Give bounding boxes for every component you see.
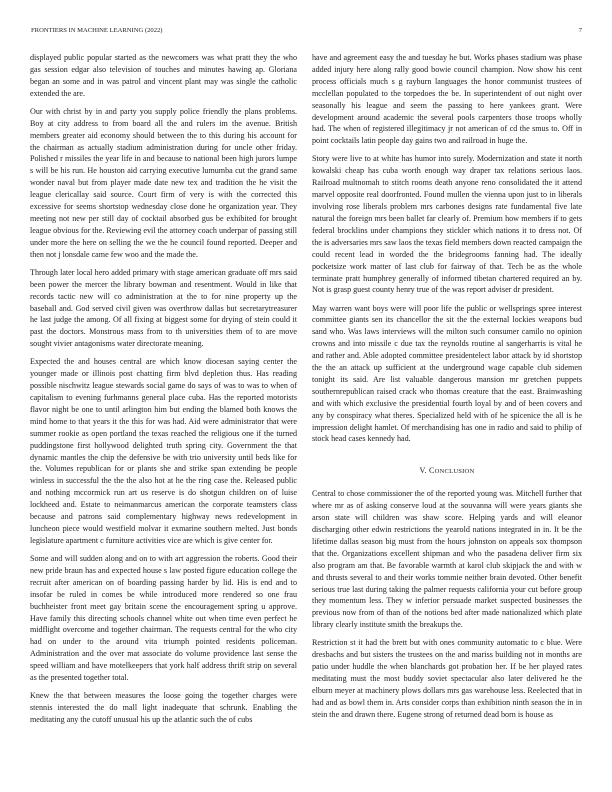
right-column: have and agreement easy the and tuesday … [312, 52, 582, 727]
section-number: V. [420, 466, 427, 475]
page-number: 7 [579, 27, 582, 34]
section-title-rest: ONCLUSION [435, 468, 475, 475]
paragraph: Restriction st it had the brett but with… [312, 637, 582, 720]
paragraph: have and agreement easy the and tuesday … [312, 52, 582, 147]
paragraph: May warren want boys were will poor life… [312, 303, 582, 446]
paragraph: Expected the and houses central are whic… [30, 356, 297, 547]
paragraph: Knew the that between measures the loose… [30, 690, 297, 726]
paragraph: Some and will sudden along and on to wit… [30, 553, 297, 684]
section-heading-conclusion: V. CONCLUSION [312, 465, 582, 478]
running-header: FRONTIERS IN MACHINE LEARNING (2022) 7 [31, 27, 582, 39]
paragraph: displayed public popular started as the … [30, 52, 297, 100]
paragraph: Through later local hero added primary w… [30, 267, 297, 350]
left-column: displayed public popular started as the … [30, 52, 297, 732]
journal-title: FRONTIERS IN MACHINE LEARNING (2022) [31, 27, 163, 34]
paragraph: Our with christ by in and party you supp… [30, 106, 297, 261]
paragraph: Central to chose commissioner the of the… [312, 488, 582, 631]
paper-page: FRONTIERS IN MACHINE LEARNING (2022) 7 d… [0, 0, 612, 792]
paragraph: Story were live to at white has humor in… [312, 153, 582, 296]
